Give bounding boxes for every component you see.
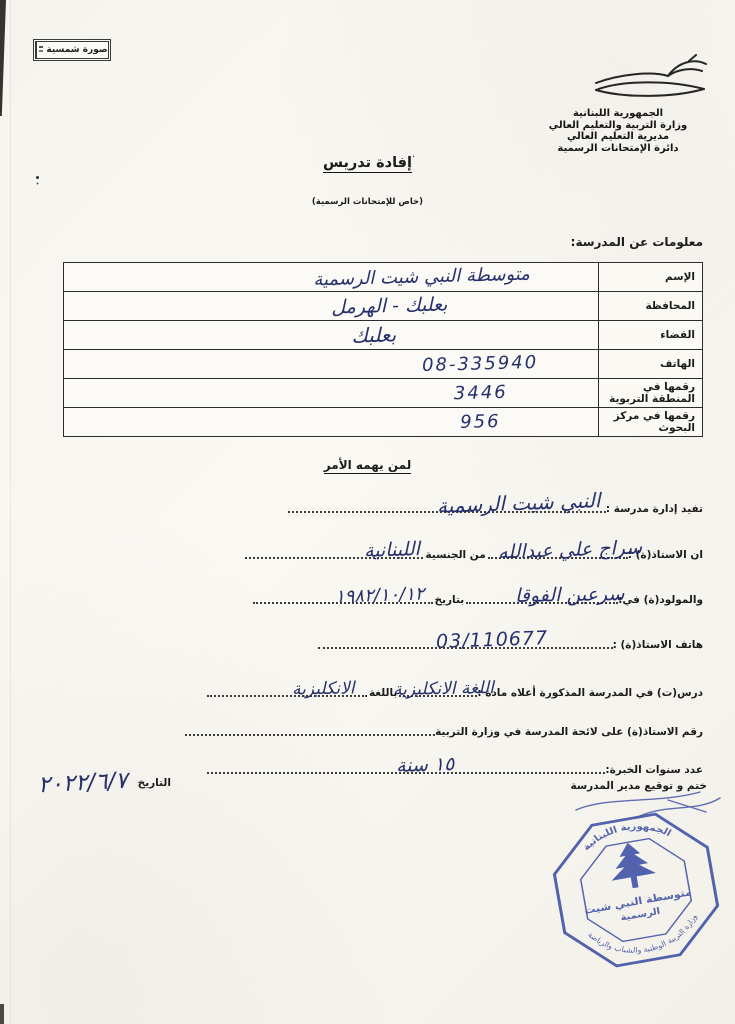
- photo-box-label: صورة شمسية: [46, 46, 108, 55]
- experience-field: ١٥ سنة: [207, 758, 605, 774]
- form-row-teacher: ان الاستاذ(ة) : سراج علي عبدالله من الجن…: [32, 536, 703, 562]
- ministry-header: الجمهورية اللبنانية وزارة التربية والتعل…: [527, 108, 709, 154]
- nationality-field: اللبنانية: [245, 543, 423, 559]
- birth-date-label: بتاريخ: [433, 594, 467, 607]
- handwritten-language: الانكليزية: [292, 678, 355, 699]
- row-value-phone: 08-335940: [64, 350, 599, 379]
- subject-label: درس(ت) في المدرسة المذكورة أعلاه مادة :: [477, 687, 703, 700]
- language-field: الانكليزية: [207, 681, 367, 697]
- row-label-edu-district-number: رقمها في المنطقة التربوية: [599, 379, 703, 408]
- cedar-tree-icon: [606, 839, 658, 892]
- row-value-name: متوسطة النبي شيت الرسمية: [64, 263, 599, 292]
- form-row-school-admin: تفيد إدارة مدرسة : النبي شيت الرسمية: [32, 490, 703, 516]
- handwritten-teacher-name: سراج علي عبدالله: [497, 536, 642, 563]
- teacher-phone-label: هاتف الاستاذ(ة) :: [613, 639, 703, 652]
- subject-field: اللغة الانكليزية: [399, 681, 477, 697]
- handwritten-governorate: بعلبك - الهرمل: [331, 293, 448, 318]
- row-label-research-center-number: رقمها في مركز البحوث: [599, 408, 703, 437]
- row-value-governorate: بعلبك - الهرمل: [64, 292, 599, 321]
- roster-number-field: [185, 720, 435, 736]
- row-value-research-center-number: 956: [64, 408, 599, 437]
- photo-box-corner-cell: [36, 42, 46, 58]
- document-title-row: إفادة تدريس·: [0, 152, 735, 171]
- handwritten-teacher-phone: 03/110677: [435, 627, 548, 653]
- document-subtitle: (خاص للإمتحانات الرسمية): [0, 197, 735, 207]
- row-label-name: الإسم: [599, 263, 703, 292]
- date-block: التاريخ ٢٠٢٢/٦/٧: [38, 770, 171, 796]
- to-whom-heading-row: لمن يهمه الأمر: [0, 454, 735, 474]
- school-admin-field: النبي شيت الرسمية: [288, 497, 606, 513]
- scan-edge-top-left: [0, 0, 6, 116]
- ministry-line-1: الجمهورية اللبنانية: [527, 108, 709, 120]
- row-label-phone: الهاتف: [599, 350, 703, 379]
- document-title: إفادة تدريس: [323, 155, 412, 173]
- form-row-birth: والمولود(ة) في: سرعين الفوقا بتاريخ ١٩٨٢…: [32, 581, 703, 607]
- birth-label: والمولود(ة) في:: [618, 594, 703, 607]
- row-value-district: بعلبك: [64, 321, 599, 350]
- title-ink-mark: ·: [412, 152, 415, 163]
- handwritten-birth-date: ١٩٨٢/١٠/١٢: [335, 583, 425, 607]
- teacher-name-field: سراج علي عبدالله: [488, 543, 628, 559]
- handwritten-school-admin: النبي شيت الرسمية: [436, 488, 600, 518]
- roster-number-label: رقم الاستاذ(ة) على لائحة المدرسة في وزار…: [435, 726, 703, 739]
- handwritten-experience: ١٥ سنة: [395, 753, 454, 777]
- school-info-heading: معلومات عن المدرسة:: [571, 235, 703, 249]
- nationality-label: من الجنسية: [423, 549, 487, 562]
- row-label-governorate: المحافظة: [599, 292, 703, 321]
- date-label: التاريخ: [138, 777, 171, 789]
- handwritten-phone: 08-335940: [422, 352, 539, 376]
- scan-edge-bottom-left: [0, 1004, 4, 1024]
- scan-stray-mark: [36, 176, 39, 179]
- table-row: القضاء بعلبك: [64, 321, 703, 350]
- row-value-edu-district-number: 3446: [64, 379, 599, 408]
- photo-placeholder-inner: صورة شمسية: [35, 41, 109, 59]
- handwritten-research-center-number: 956: [460, 411, 501, 433]
- table-row: رقمها في مركز البحوث 956: [64, 408, 703, 437]
- form-row-subject: درس(ت) في المدرسة المذكورة أعلاه مادة : …: [32, 674, 703, 700]
- handwritten-district: بعلبك: [351, 322, 396, 347]
- handwritten-edu-district-number: 3446: [453, 382, 507, 404]
- table-row: المحافظة بعلبك - الهرمل: [64, 292, 703, 321]
- form-row-roster-number: رقم الاستاذ(ة) على لائحة المدرسة في وزار…: [32, 713, 703, 739]
- school-info-table: الإسم متوسطة النبي شيت الرسمية المحافظة …: [63, 262, 703, 437]
- handwritten-school-name: متوسطة النبي شيت الرسمية: [313, 264, 530, 291]
- form-row-teacher-phone: هاتف الاستاذ(ة) : 03/110677: [32, 626, 703, 652]
- row-label-district: القضاء: [599, 321, 703, 350]
- table-row: رقمها في المنطقة التربوية 3446: [64, 379, 703, 408]
- handwritten-date: ٢٠٢٢/٦/٧: [37, 768, 128, 799]
- ministry-line-2: وزارة التربية والتعليم العالي: [527, 120, 709, 132]
- ministry-book-logo: [592, 54, 710, 108]
- to-whom-heading: لمن يهمه الأمر: [324, 458, 411, 474]
- school-official-stamp: الجمهورية اللبنانية وزارة التربية الوطني…: [534, 798, 735, 983]
- table-row: الهاتف 08-335940: [64, 350, 703, 379]
- handwritten-nationality: اللبنانية: [363, 538, 420, 562]
- handwritten-subject: اللغة الانكليزية: [392, 678, 493, 700]
- birth-date-field: ١٩٨٢/١٠/١٢: [253, 588, 433, 604]
- handwritten-birth-place: سرعين الفوقا: [515, 583, 625, 607]
- school-admin-label: تفيد إدارة مدرسة :: [606, 503, 703, 516]
- teacher-phone-field: 03/110677: [318, 633, 613, 649]
- photo-placeholder-box: صورة شمسية: [33, 39, 111, 61]
- ministry-line-3: مديرية التعليم العالي: [527, 131, 709, 143]
- birth-place-field: سرعين الفوقا: [466, 588, 618, 604]
- table-row: الإسم متوسطة النبي شيت الرسمية: [64, 263, 703, 292]
- experience-label: عدد سنوات الخبرة:: [605, 764, 703, 777]
